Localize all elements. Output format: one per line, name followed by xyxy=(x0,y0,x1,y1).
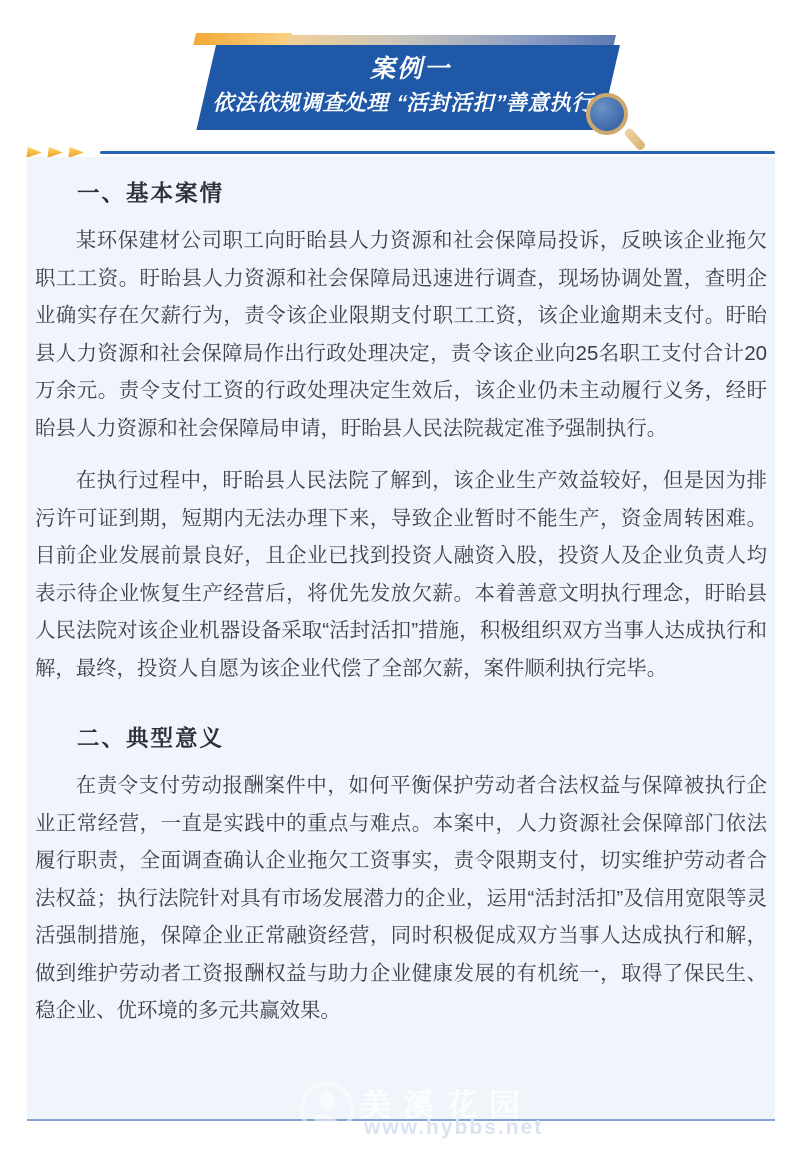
section: 一、基本案情某环保建材公司职工向盱眙县人力资源和社会保障局投诉，反映该企业拖欠职… xyxy=(35,181,767,688)
banner-top-strip xyxy=(286,35,616,45)
banner-gold-tab xyxy=(193,33,292,45)
paragraph: 在执行过程中，盱眙县人民法院了解到，该企业生产效益较好，但是因为排污许可证到期，… xyxy=(35,463,767,688)
arrow-icon xyxy=(68,147,85,158)
section-heading: 一、基本案情 xyxy=(77,181,767,207)
section-heading: 二、典型意义 xyxy=(77,726,767,752)
divider-line xyxy=(100,151,775,154)
magnifier-lens xyxy=(586,93,628,135)
banner-subtitle: 依法依规调查处理 “活封活扣”善意执行 xyxy=(200,90,610,116)
article-page: 案例一 依法依规调查处理 “活封活扣”善意执行 一、基本案情某环保建材公司职工向… xyxy=(0,0,806,1150)
section: 二、典型意义在责令支付劳动报酬案件中，如何平衡保护劳动者合法权益与保障被执行企业… xyxy=(35,726,767,1031)
arrow-icon xyxy=(47,147,64,158)
paragraph: 在责令支付劳动报酬案件中，如何平衡保护劳动者合法权益与保障被执行企业正常经营，一… xyxy=(35,768,767,1031)
case-banner: 案例一 依法依规调查处理 “活封活扣”善意执行 xyxy=(196,45,620,130)
content-panel: 一、基本案情某环保建材公司职工向盱眙县人力资源和社会保障局投诉，反映该企业拖欠职… xyxy=(27,157,775,1121)
banner-title: 案例一 xyxy=(207,55,617,83)
arrow-icon xyxy=(26,147,43,158)
paragraph: 某环保建材公司职工向盱眙县人力资源和社会保障局投诉，反映该企业拖欠职工工资。盱眙… xyxy=(35,223,767,448)
